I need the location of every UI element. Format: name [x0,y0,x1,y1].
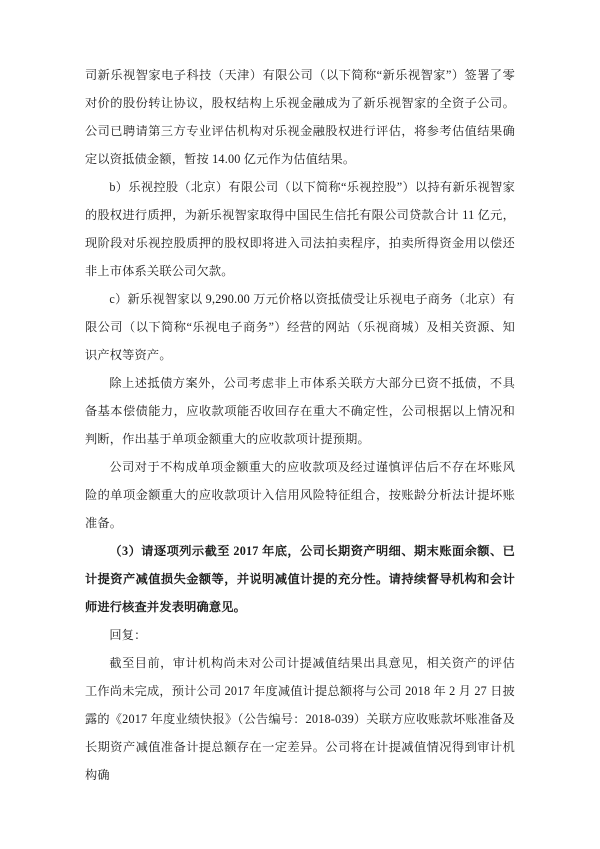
paragraph-bad-debt-provision-policy: 公司对于不构成单项金额重大的应收款项及经过谨慎评估后不存在坏账风险的单项金额重大… [85,453,515,537]
paragraph-receivables-uncertainty-note: 除上述抵债方案外，公司考虑非上市体系关联方大部分已资不抵债，不具备基本偿债能力，… [85,369,515,453]
paragraph-item-b-leshi-holding-pledge: b）乐视控股（北京）有限公司（以下简称“乐视控股”）以持有新乐视智家的股权进行质… [85,173,515,285]
document-page: 司新乐视智家电子科技（天津）有限公司（以下简称“新乐视智家”）签署了零对价的股份… [0,0,600,849]
reply-label: 回复： [85,621,515,649]
paragraph-continuation-new-leshi-zhijia: 司新乐视智家电子科技（天津）有限公司（以下简称“新乐视智家”）签署了零对价的股份… [85,61,515,173]
paragraph-item-c-leshi-ecommerce-assets: c）新乐视智家以 9,290.00 万元价格以资抵债受让乐视电子商务（北京）有限… [85,285,515,369]
paragraph-question-item-3: （3）请逐项列示截至 2017 年底，公司长期资产明细、期末账面余额、已计提资产… [85,537,515,621]
paragraph-reply-body: 截至目前，审计机构尚未对公司计提减值结果出具意见，相关资产的评估工作尚未完成，预… [85,649,515,789]
document-body: 司新乐视智家电子科技（天津）有限公司（以下简称“新乐视智家”）签署了零对价的股份… [85,61,515,789]
